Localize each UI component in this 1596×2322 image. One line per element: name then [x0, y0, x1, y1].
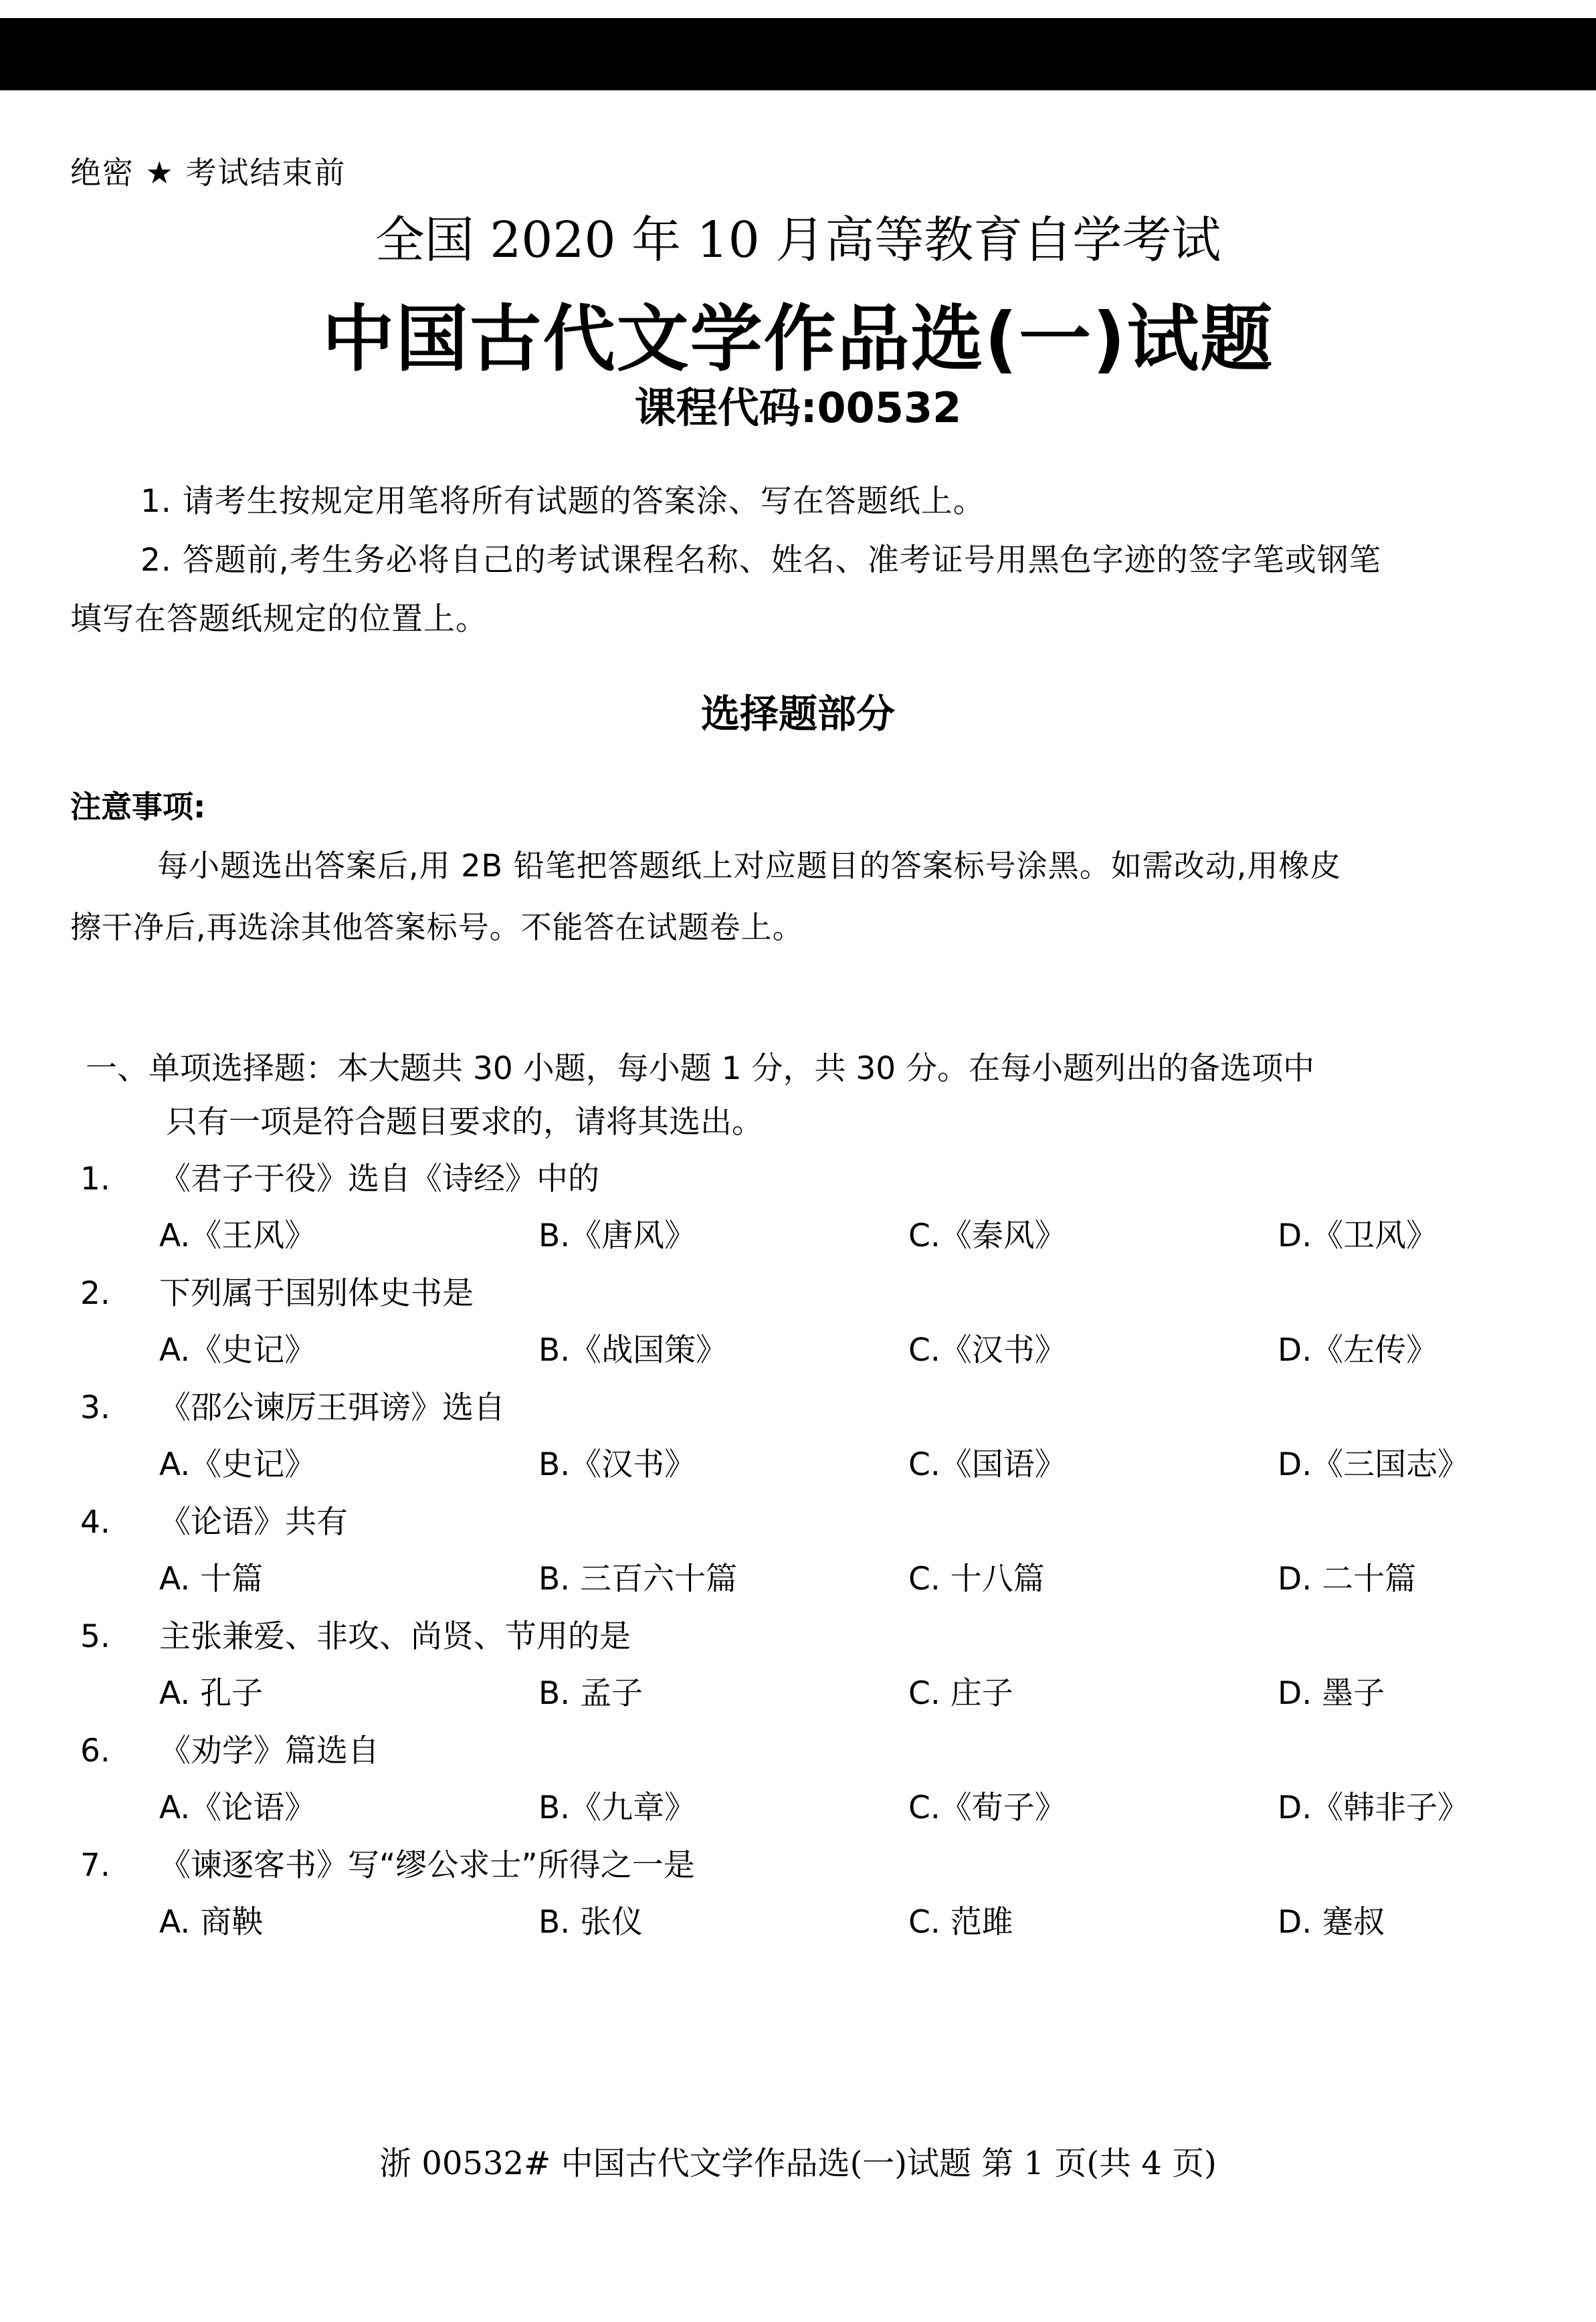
answer-option-d: D.《韩非子》 [1278, 1783, 1469, 1828]
question-number: 4. [80, 1504, 159, 1541]
course-code: 课程代码:00532 [0, 375, 1596, 434]
question-number: 7. [80, 1847, 159, 1884]
answer-option-a: A.《王风》 [159, 1211, 316, 1256]
notes-label: 注意事项: [70, 783, 205, 827]
question-stem: 4.《论语》共有 [80, 1497, 348, 1542]
question-stem: 7.《谏逐客书》写“缪公求士”所得之一是 [80, 1840, 695, 1885]
question-number: 5. [80, 1618, 159, 1655]
answer-option-b: B. 孟子 [538, 1668, 643, 1713]
answer-option-d: D.《三国志》 [1278, 1440, 1469, 1484]
answer-option-a: A.《论语》 [159, 1783, 316, 1828]
answer-option-b: B. 三百六十篇 [538, 1554, 737, 1599]
question-stem: 5.主张兼爱、非攻、尚贤、节用的是 [80, 1612, 631, 1656]
question-number: 2. [80, 1275, 159, 1312]
answer-option-b: B.《唐风》 [538, 1211, 696, 1256]
question-stem: 3.《邵公谏厉王弭谤》选自 [80, 1383, 505, 1428]
instruction-2: 2. 答题前,考生务必将自己的考试课程名称、姓名、准考证号用黑色字迹的签字笔或钢… [140, 535, 1381, 580]
answer-option-c: C. 十八篇 [908, 1554, 1045, 1599]
question-text: 《谏逐客书》写“缪公求士”所得之一是 [159, 1847, 695, 1884]
answer-option-a: A. 孔子 [159, 1668, 263, 1713]
instruction-1: 1. 请考生按规定用笔将所有试题的答案涂、写在答题纸上。 [140, 476, 985, 521]
question-text: 主张兼爱、非攻、尚贤、节用的是 [159, 1618, 631, 1655]
notes-body-line-2: 擦干净后,再选涂其他答案标号。不能答在试题卷上。 [70, 903, 804, 947]
instruction-2-continued: 填写在答题纸规定的位置上。 [70, 594, 488, 639]
answer-option-b: B.《汉书》 [538, 1440, 696, 1484]
answer-option-c: C. 庄子 [908, 1668, 1013, 1713]
question-text: 《论语》共有 [159, 1504, 348, 1541]
answer-option-d: D. 墨子 [1278, 1668, 1385, 1713]
question-stem: 6.《劝学》篇选自 [80, 1726, 379, 1771]
answer-option-a: A. 商鞅 [159, 1897, 263, 1942]
part-one-title: 一、单项选择题：本大题共 30 小题，每小题 1 分，共 30 分。在每小题列出… [86, 1044, 1314, 1088]
answer-option-d: D.《卫风》 [1278, 1211, 1437, 1256]
question-text: 《君子于役》选自《诗经》中的 [159, 1161, 599, 1197]
question-number: 1. [80, 1161, 159, 1197]
answer-option-c: C. 范雎 [908, 1897, 1013, 1942]
answer-option-b: B. 张仪 [538, 1897, 643, 1942]
question-number: 3. [80, 1389, 159, 1426]
subject-title: 中国古代文学作品选(一)试题 [0, 281, 1596, 385]
question-number: 6. [80, 1733, 159, 1769]
answer-option-c: C.《荀子》 [908, 1783, 1066, 1828]
question-stem: 1.《君子于役》选自《诗经》中的 [80, 1154, 599, 1199]
question-text: 下列属于国别体史书是 [159, 1275, 474, 1312]
confidential-label: 绝密 ★ 考试结束前 [70, 149, 346, 193]
answer-option-d: D. 蹇叔 [1278, 1897, 1385, 1942]
answer-option-d: D.《左传》 [1278, 1325, 1437, 1370]
page-footer: 浙 00532# 中国古代文学作品选(一)试题 第 1 页(共 4 页) [0, 2137, 1596, 2184]
notes-body-line-1: 每小题选出答案后,用 2B 铅笔把答题纸上对应题目的答案标号涂黑。如需改动,用橡… [157, 842, 1341, 886]
part-one-title-line-2: 只有一项是符合题目要求的，请将其选出。 [166, 1097, 763, 1142]
answer-option-a: A.《史记》 [159, 1440, 316, 1484]
answer-option-c: C.《秦风》 [908, 1211, 1066, 1256]
question-stem: 2.下列属于国别体史书是 [80, 1268, 474, 1313]
question-text: 《邵公谏厉王弭谤》选自 [159, 1389, 505, 1426]
answer-option-c: C.《国语》 [908, 1440, 1066, 1484]
answer-option-a: A. 十篇 [159, 1554, 263, 1599]
answer-option-b: B.《九章》 [538, 1783, 696, 1828]
exam-title: 全国 2020 年 10 月高等教育自学考试 [0, 201, 1596, 272]
answer-option-a: A.《史记》 [159, 1325, 316, 1370]
answer-option-b: B.《战国策》 [538, 1325, 727, 1370]
section-heading: 选择题部分 [0, 682, 1596, 739]
answer-option-d: D. 二十篇 [1278, 1554, 1416, 1599]
scan-top-black-bar [0, 18, 1596, 90]
answer-option-c: C.《汉书》 [908, 1325, 1066, 1370]
question-text: 《劝学》篇选自 [159, 1733, 379, 1769]
